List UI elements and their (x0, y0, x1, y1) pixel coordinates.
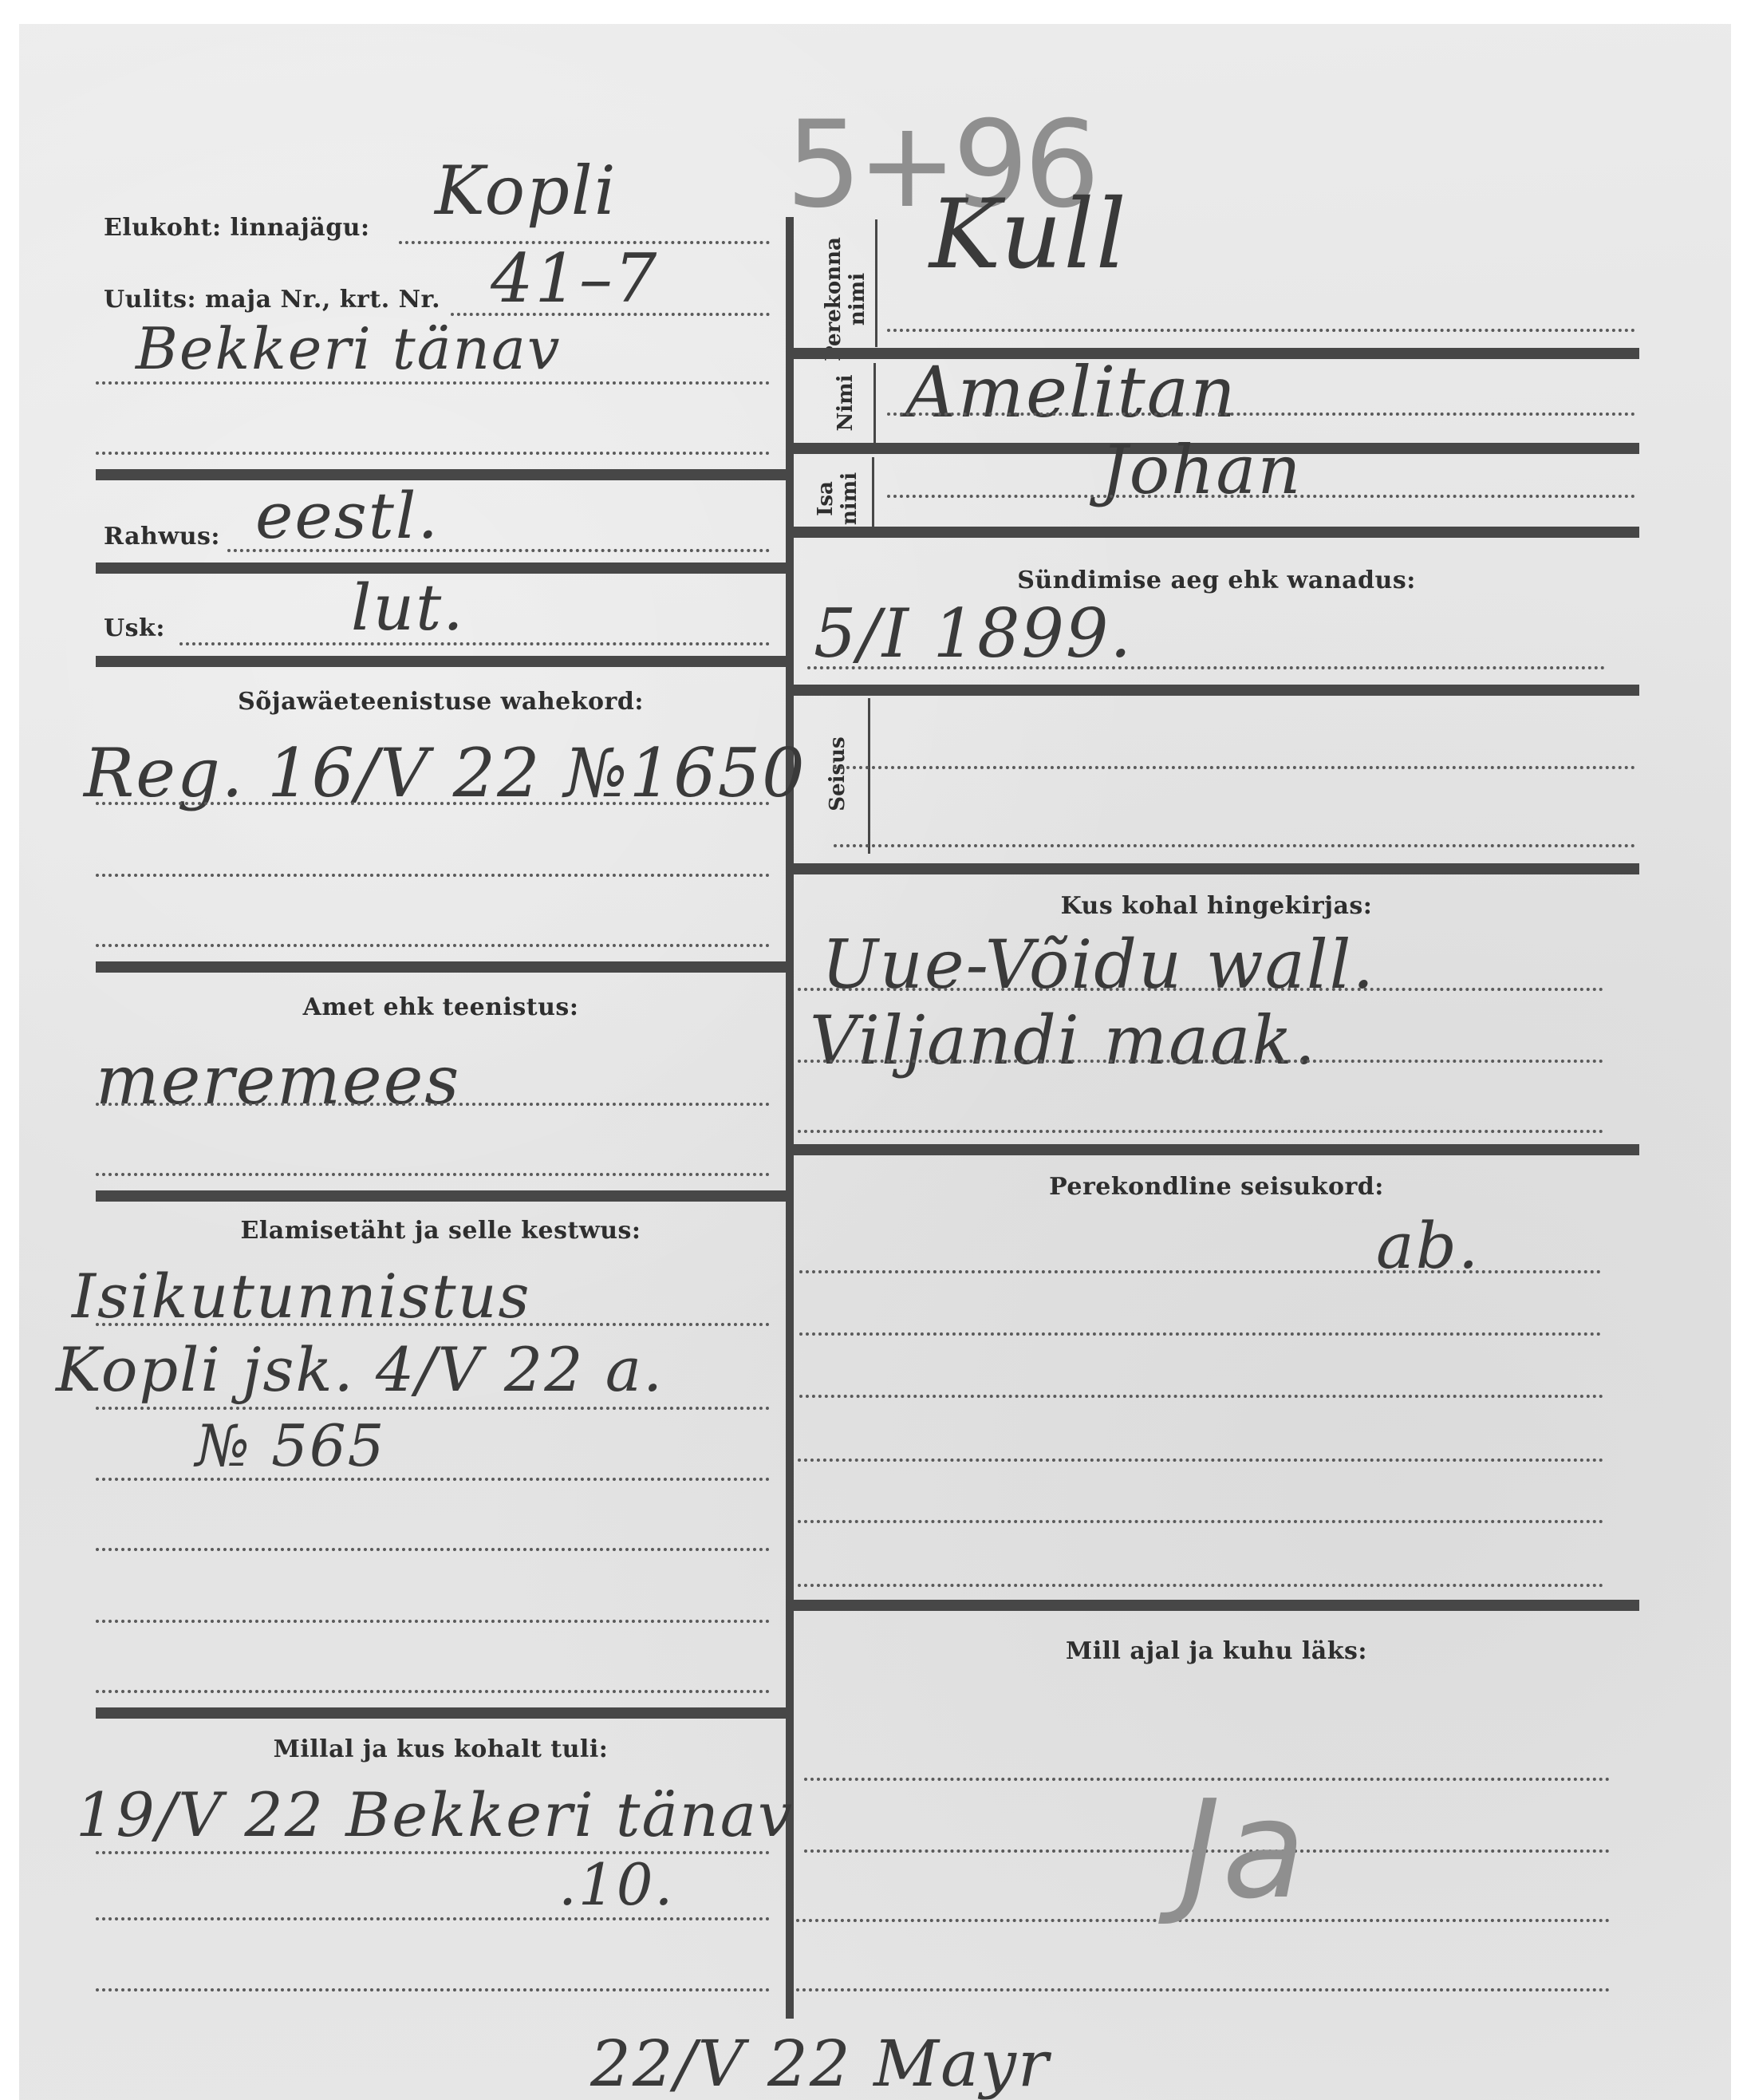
value-hingekirjas-line2[interactable]: Viljandi maak. (810, 1001, 1317, 1080)
dotted-line (799, 1395, 1603, 1398)
dotted-line (799, 1332, 1601, 1336)
label-seisus: Seisus (826, 726, 850, 822)
dotted-line (834, 766, 1635, 769)
label-separator (868, 698, 870, 854)
value-perekonnanimi[interactable]: Kull (929, 180, 1128, 290)
label-uulits: Uulits: maja Nr., krt. Nr. (104, 286, 440, 314)
value-millal-tuli-line1[interactable]: 19/V 22 Bekkeri tänav (76, 1779, 794, 1850)
label-usk: Usk: (104, 614, 165, 642)
label-elukoht: Elukoht: linnajägu: (104, 214, 370, 242)
dotted-line (96, 802, 770, 805)
label-isanimi-line2: nimi (838, 472, 862, 525)
label-amet: Amet ehk teenistus: (96, 993, 786, 1021)
label-hingekirjas: Kus kohal hingekirjas: (794, 892, 1639, 920)
dotted-line (796, 1988, 1610, 1991)
value-rahwus[interactable]: eestl. (255, 479, 440, 553)
dotted-line (96, 1620, 770, 1623)
pencil-signature: Ja (1181, 1771, 1307, 1929)
value-amet[interactable]: meremees (96, 1041, 460, 1119)
dotted-line (96, 381, 770, 385)
dotted-line (834, 844, 1635, 847)
dotted-line (798, 1060, 1603, 1063)
registration-date: 22/V 22 Mayr (590, 2027, 1050, 2100)
label-separator (875, 219, 877, 347)
dotted-line (96, 1690, 770, 1693)
dotted-line (96, 874, 770, 877)
label-synniaeg: Sündimise aeg ehk wanadus: (794, 566, 1639, 594)
value-elamisetaht-line3[interactable]: № 565 (195, 1412, 385, 1479)
label-separator (873, 363, 876, 443)
section-rule (96, 961, 786, 973)
dotted-line (887, 329, 1635, 332)
dotted-line (96, 1988, 770, 1991)
value-sojavaeteenistus[interactable]: Reg. 16/V 22 №1650 (84, 734, 806, 812)
dotted-line (96, 452, 770, 455)
section-rule (794, 527, 1639, 538)
dotted-line (96, 1917, 770, 1920)
dotted-line (96, 1548, 770, 1551)
dotted-line (798, 1520, 1603, 1523)
label-sojavaeteenistus: Sõjawäeteenistuse wahekord: (96, 688, 786, 716)
section-rule (794, 1144, 1639, 1155)
dotted-line (798, 988, 1603, 991)
section-rule (96, 1190, 786, 1202)
value-street[interactable]: Bekkeri tänav (136, 315, 562, 382)
value-house-apt[interactable]: 41–7 (491, 239, 658, 318)
dotted-line (96, 1407, 770, 1410)
label-separator (872, 457, 874, 537)
value-usk[interactable]: lut. (351, 570, 465, 645)
value-elamisetaht-line1[interactable]: Isikutunnistus (72, 1261, 531, 1332)
label-nimi: Nimi (834, 355, 858, 451)
dotted-line (798, 1584, 1603, 1587)
label-perekondline: Perekondline seisukord: (794, 1173, 1639, 1201)
section-rule (794, 863, 1639, 874)
label-elamisetaht: Elamisetäht ja selle kestwus: (96, 1217, 786, 1245)
section-rule (96, 1707, 786, 1719)
section-rule (794, 685, 1639, 696)
value-millal-tuli-line2[interactable]: .10. (558, 1851, 674, 1918)
section-rule (96, 656, 786, 667)
section-rule (96, 469, 786, 480)
dotted-line (96, 1478, 770, 1481)
dotted-line (179, 642, 770, 645)
dotted-line (96, 1323, 770, 1326)
dotted-line (96, 1173, 770, 1176)
dotted-line (807, 666, 1605, 669)
dotted-line (798, 1130, 1603, 1133)
dotted-line (96, 944, 770, 947)
label-perekonnanimi: Perekonna nimi (822, 235, 869, 363)
value-hingekirjas-line1[interactable]: Uue-Võidu wall. (822, 926, 1375, 1004)
label-rahwus: Rahwus: (104, 523, 220, 551)
label-millal-tuli: Millal ja kus kohalt tuli: (96, 1735, 786, 1763)
value-nimi[interactable]: Amelitan (905, 351, 1237, 433)
dotted-line (887, 412, 1635, 416)
value-elukoht[interactable]: Kopli (435, 152, 617, 230)
value-synniaeg[interactable]: 5/I 1899. (814, 594, 1133, 673)
label-perekonnanimi-line2: nimi (846, 273, 869, 326)
dotted-line (799, 1270, 1601, 1273)
label-perekonnanimi-line1: Perekonna (822, 237, 846, 361)
section-rule (794, 1600, 1639, 1611)
dotted-line (798, 1459, 1603, 1462)
dotted-line (887, 495, 1635, 498)
label-lahkus: Mill ajal ja kuhu läks: (794, 1637, 1639, 1665)
column-divider (786, 217, 794, 2019)
label-isanimi-line1: Isa (814, 481, 838, 516)
dotted-line (96, 1103, 770, 1106)
value-elamisetaht-line2[interactable]: Kopli jsk. 4/V 22 a. (56, 1334, 664, 1405)
